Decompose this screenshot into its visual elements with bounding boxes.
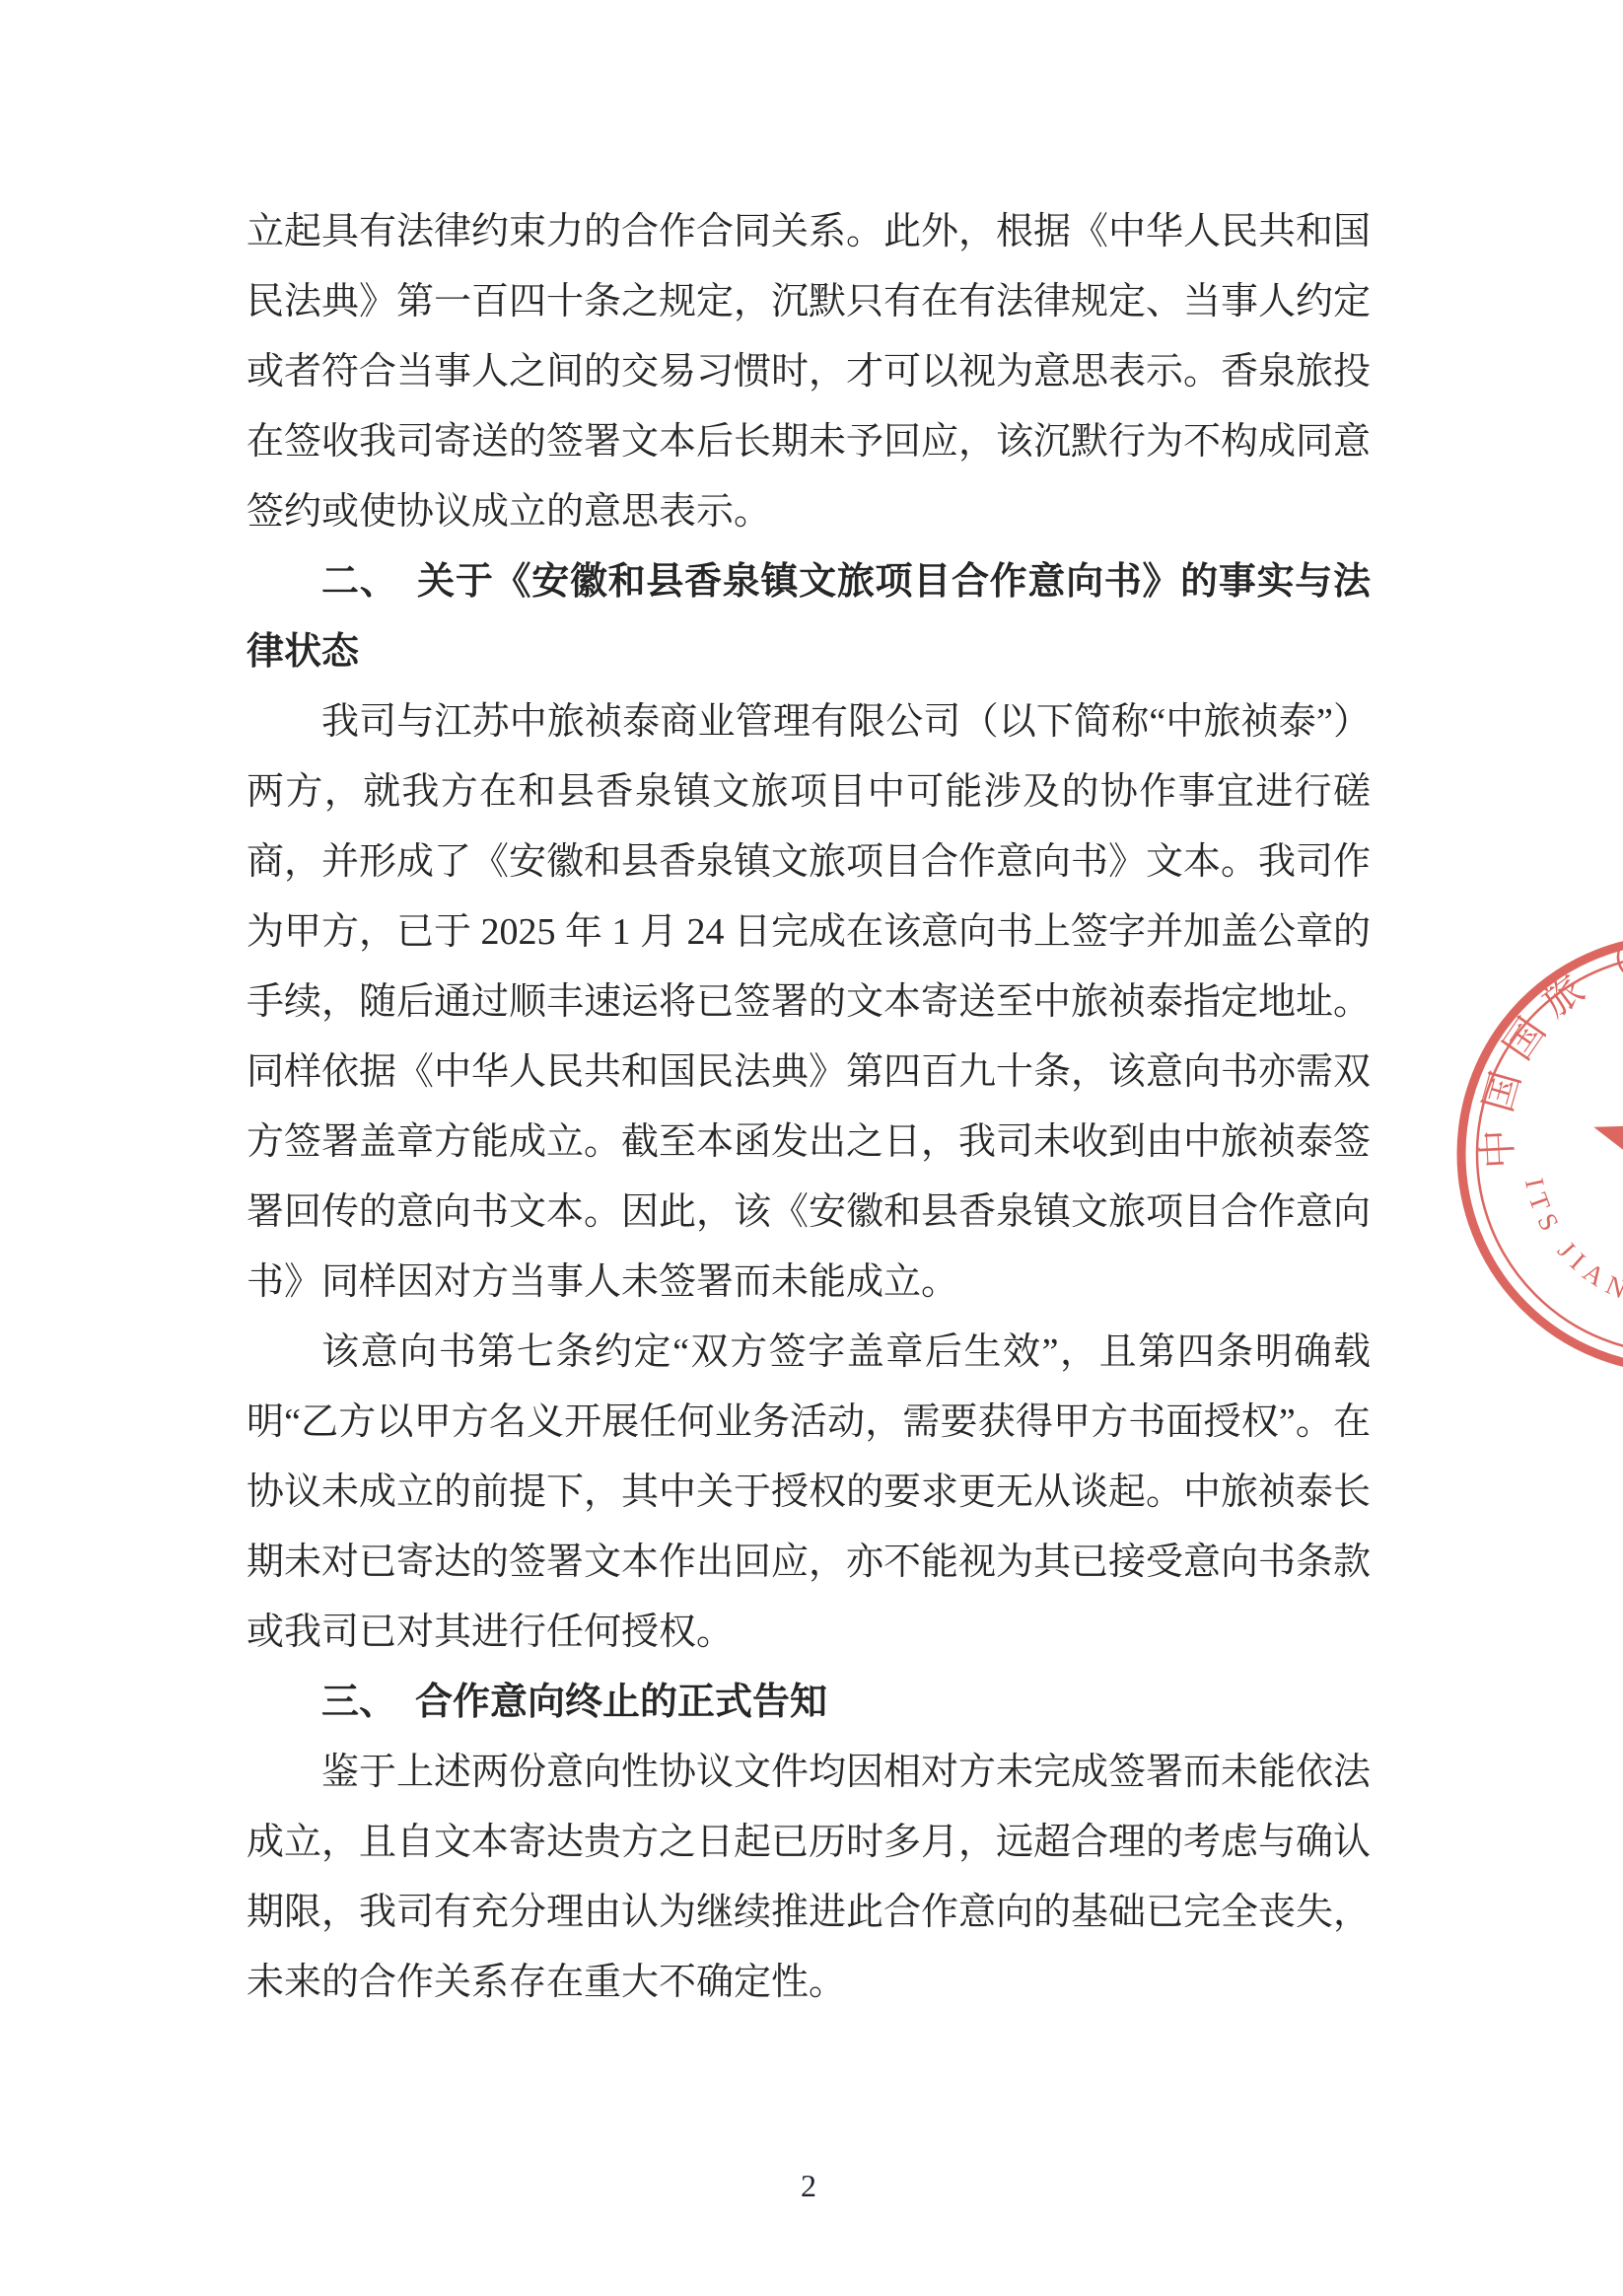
letter-body: 立起具有法律约束力的合作合同关系。此外，根据《中华人民共和国民法典》第一百四十条… (247, 197, 1371, 2018)
paragraph: 该意向书第七条约定“双方签字盖章后生效”，且第四条明确载明“乙方以甲方名义开展任… (247, 1318, 1371, 1668)
paragraph: 我司与江苏中旅祯泰商业管理有限公司（以下简称“中旅祯泰”）两方，就我方在和县香泉… (247, 687, 1371, 1318)
page-number: 2 (247, 2168, 1371, 2204)
seal-top-arc-text: 中国国旅（江苏） (1474, 934, 1623, 1170)
section-heading: 二、 关于《安徽和县香泉镇文旅项目合作意向书》的事实与法律状态 (247, 547, 1371, 687)
document-page: 立起具有法律约束力的合作合同关系。此外，根据《中华人民共和国民法典》第一百四十条… (0, 0, 1623, 2296)
seal-bottom-arc-text: ITS JIANG (1519, 1176, 1623, 1314)
paragraph: 立起具有法律约束力的合作合同关系。此外，根据《中华人民共和国民法典》第一百四十条… (247, 197, 1371, 547)
svg-text:中国国旅（江苏）: 中国国旅（江苏） (1474, 934, 1623, 1170)
seal-star-icon (1593, 1067, 1623, 1224)
section-heading: 三、 合作意向终止的正式告知 (247, 1668, 1371, 1738)
seal-outer-ring (1461, 939, 1623, 1369)
company-seal-stamp: 中国国旅（江苏） ITS JIANG (1449, 927, 1623, 1381)
svg-text:ITS JIANG: ITS JIANG (1519, 1176, 1623, 1314)
paragraph: 鉴于上述两份意向性协议文件均因相对方未完成签署而未能依法成立，且自文本寄达贵方之… (247, 1738, 1371, 2018)
seal-inner-ring (1477, 955, 1623, 1353)
